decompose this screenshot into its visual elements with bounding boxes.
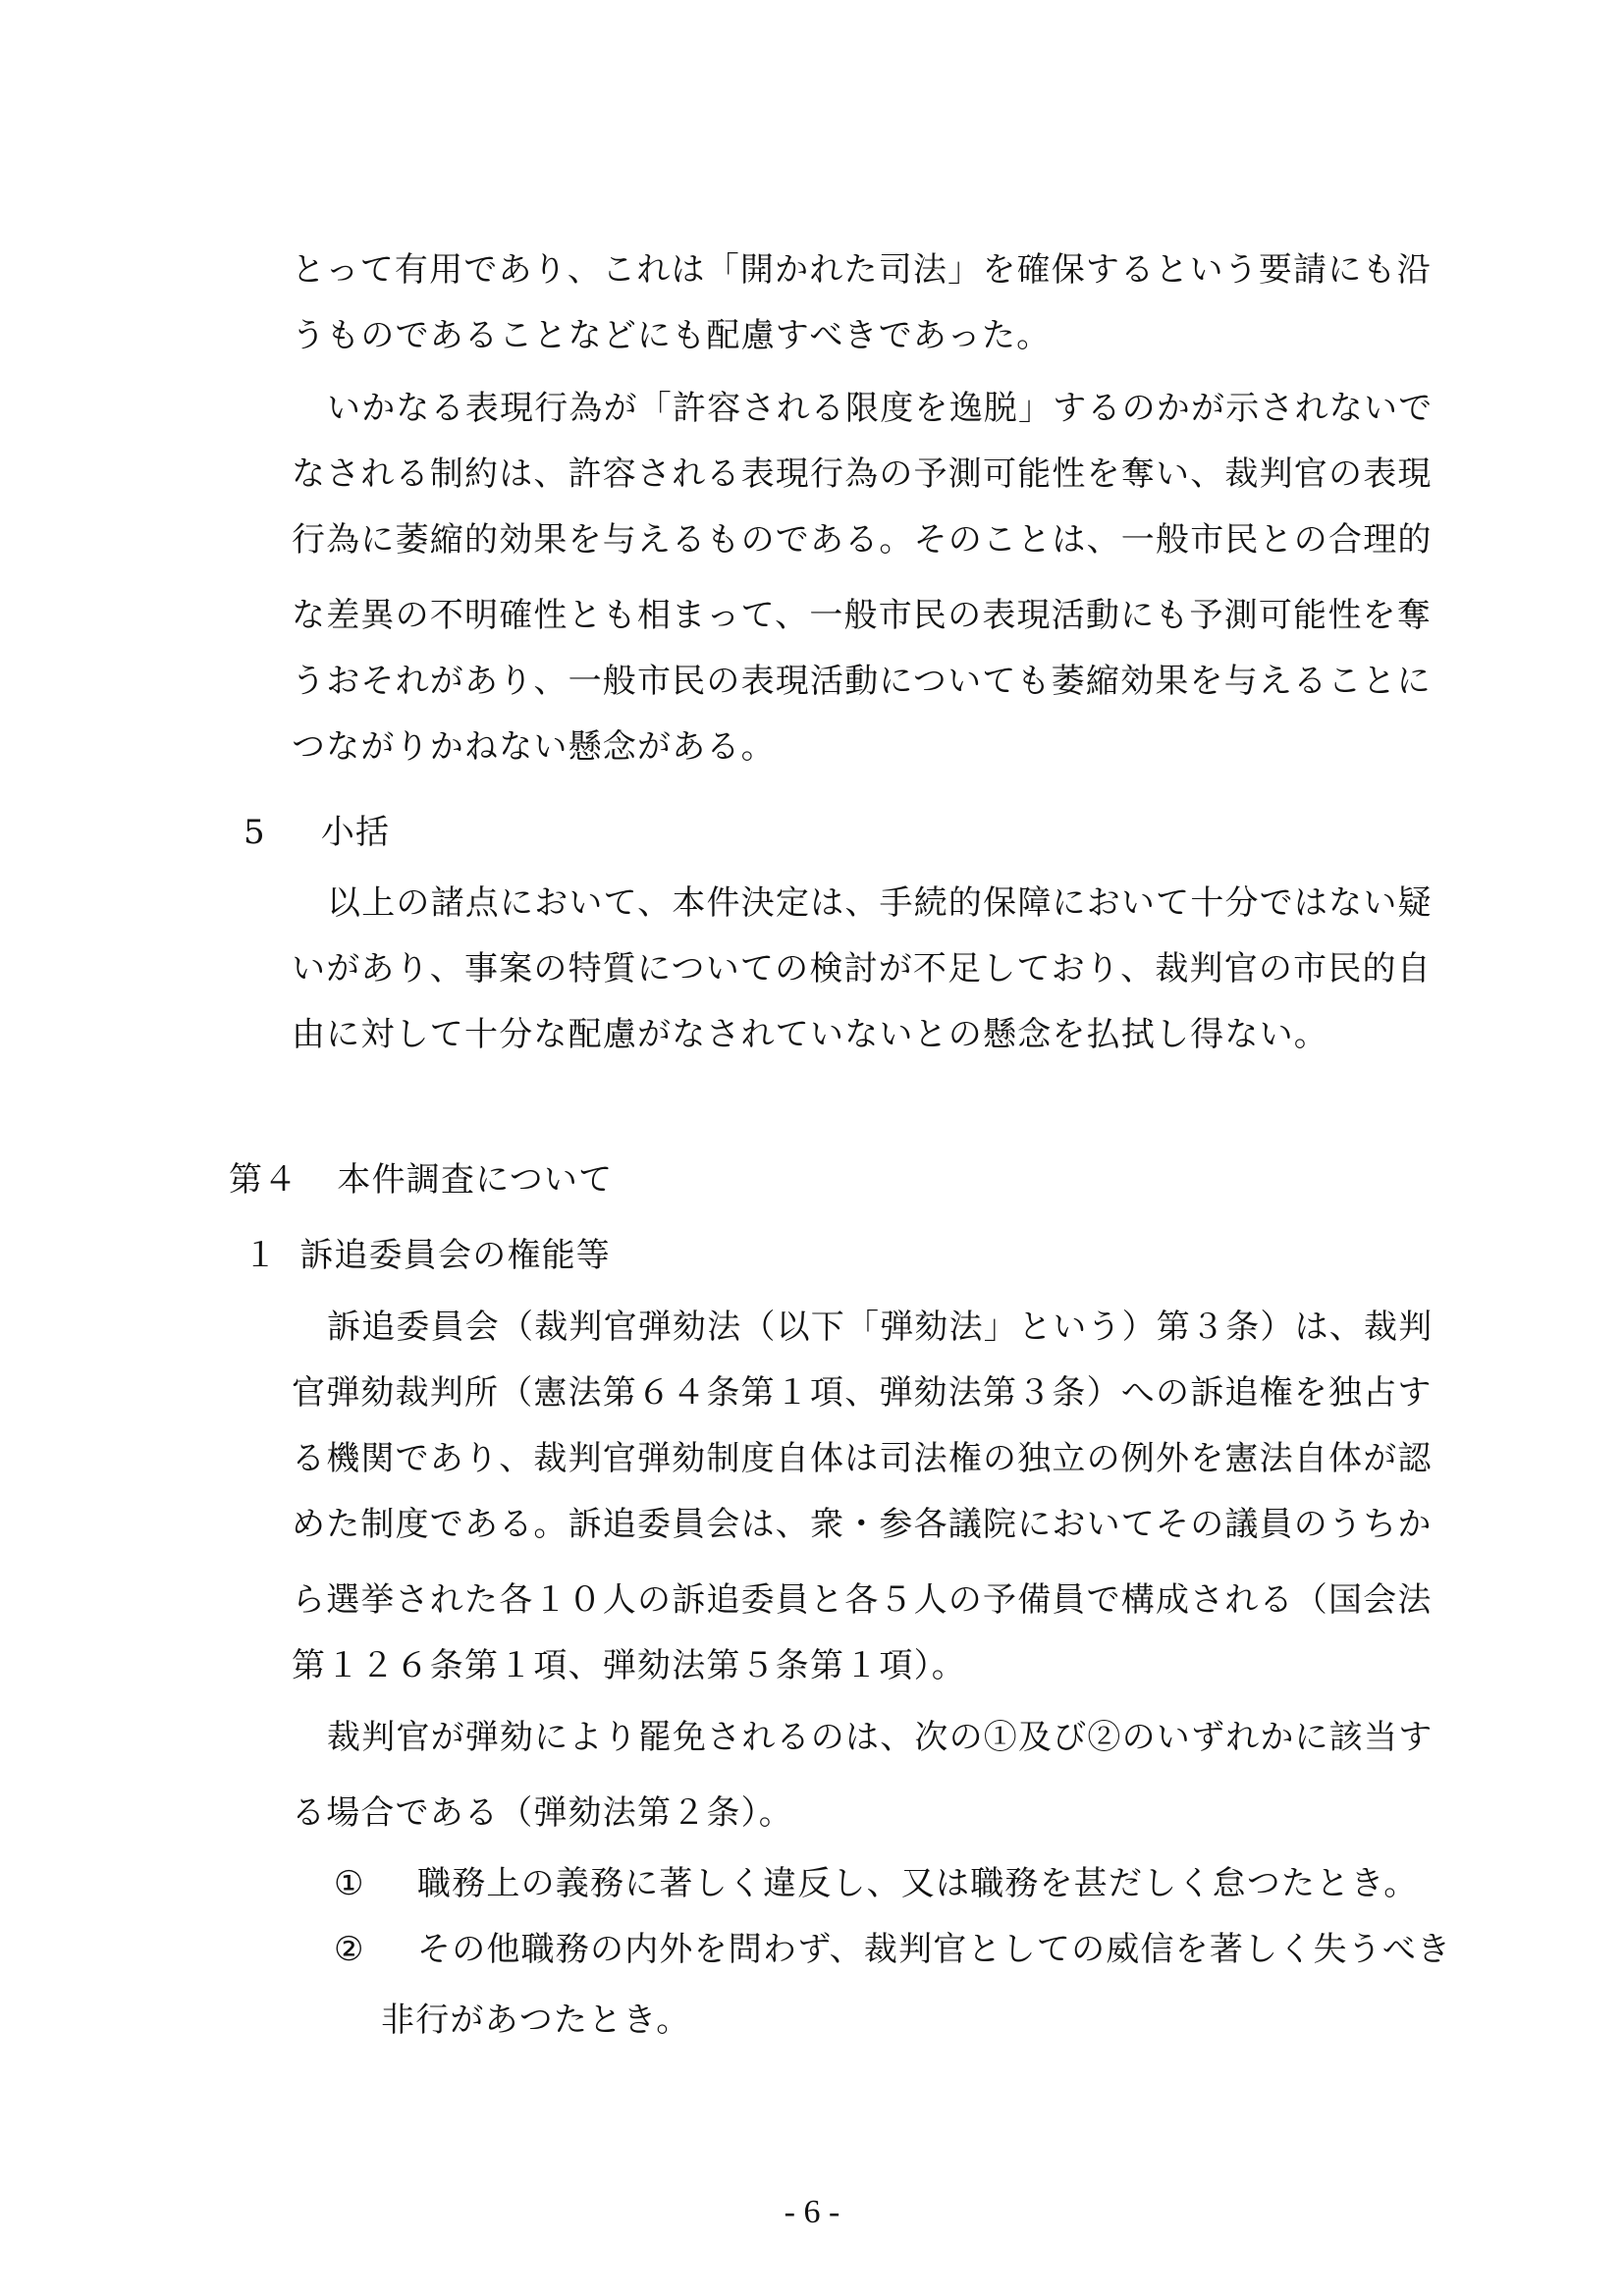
section-heading-5: 5小括	[244, 811, 390, 854]
subsection-title: 訴追委員会の権能等	[299, 1236, 611, 1275]
body-line: うものであることなどにも配慮すべきであった。	[292, 314, 1051, 357]
body-line: 行為に萎縮的効果を与えるものである。そのことは、一般市民との合理的	[292, 518, 1401, 561]
body-line: ら選挙された各１０人の訴追委員と各５人の予備員で構成される（国会法	[292, 1578, 1401, 1622]
body-line: 訴追委員会（裁判官弾劾法（以下「弾劾法」という）第３条）は、裁判	[327, 1306, 1401, 1349]
chapter-title: 本件調査について	[337, 1160, 613, 1200]
body-line: る場合である（弾劾法第２条）。	[292, 1791, 793, 1835]
subsection-number: １	[244, 1234, 278, 1277]
body-line: うおそれがあり、一般市民の表現活動についても萎縮効果を与えることに	[292, 660, 1401, 703]
chapter-number: 第４	[229, 1158, 298, 1201]
body-line: 裁判官が弾劾により罷免されるのは、次の①及び②のいずれかに該当す	[327, 1716, 1401, 1759]
ground-text-2: その他職務の内外を問わず、裁判官としての威信を著しく失うべき	[417, 1928, 1401, 1971]
body-line: なされる制約は、許容される表現行為の予測可能性を奪い、裁判官の表現	[292, 453, 1401, 496]
body-line: 以上の諸点において、本件決定は、手続的保障において十分ではない疑	[327, 881, 1401, 925]
chapter-heading-4: 第４本件調査について	[229, 1158, 613, 1201]
page-number: - 6 -	[0, 2191, 1624, 2234]
ground-marker-2: ②	[334, 1928, 365, 1971]
body-line: 第１２６条第１項、弾劾法第５条第１項）。	[292, 1644, 966, 1687]
body-line: る機関であり、裁判官弾劾制度自体は司法権の独立の例外を憲法自体が認	[292, 1437, 1401, 1480]
ground-text-1: 職務上の義務に著しく違反し、又は職務を甚だしく怠つたとき。	[417, 1862, 1418, 1905]
body-line: 官弾劾裁判所（憲法第６４条第１項、弾劾法第３条）への訴追権を独占す	[292, 1371, 1401, 1415]
ground-marker-1: ①	[334, 1862, 365, 1905]
body-line: いがあり、事案の特質についての検討が不足しており、裁判官の市民的自	[292, 947, 1401, 990]
body-line: つながりかねない懸念がある。	[292, 725, 776, 769]
subsection-heading-1: １訴追委員会の権能等	[244, 1234, 611, 1277]
body-line: な差異の不明確性とも相まって、一般市民の表現活動にも予測可能性を奪	[292, 594, 1401, 637]
body-line: 由に対して十分な配慮がなされていないとの懸念を払拭し得ない。	[292, 1013, 1328, 1056]
ground-text-2-continued: 非行があつたとき。	[381, 1999, 690, 2042]
body-line: とって有用であり、これは「開かれた司法」を確保するという要請にも沿	[292, 248, 1401, 292]
section-title: 小括	[321, 813, 390, 852]
body-line: めた制度である。訴追委員会は、衆・参各議院においてその議員のうちか	[292, 1503, 1401, 1546]
section-number: 5	[244, 811, 266, 854]
document-page: とって有用であり、これは「開かれた司法」を確保するという要請にも沿 うものである…	[0, 0, 1624, 2296]
body-line: いかなる表現行為が「許容される限度を逸脱」するのかが示されないで	[327, 387, 1401, 430]
